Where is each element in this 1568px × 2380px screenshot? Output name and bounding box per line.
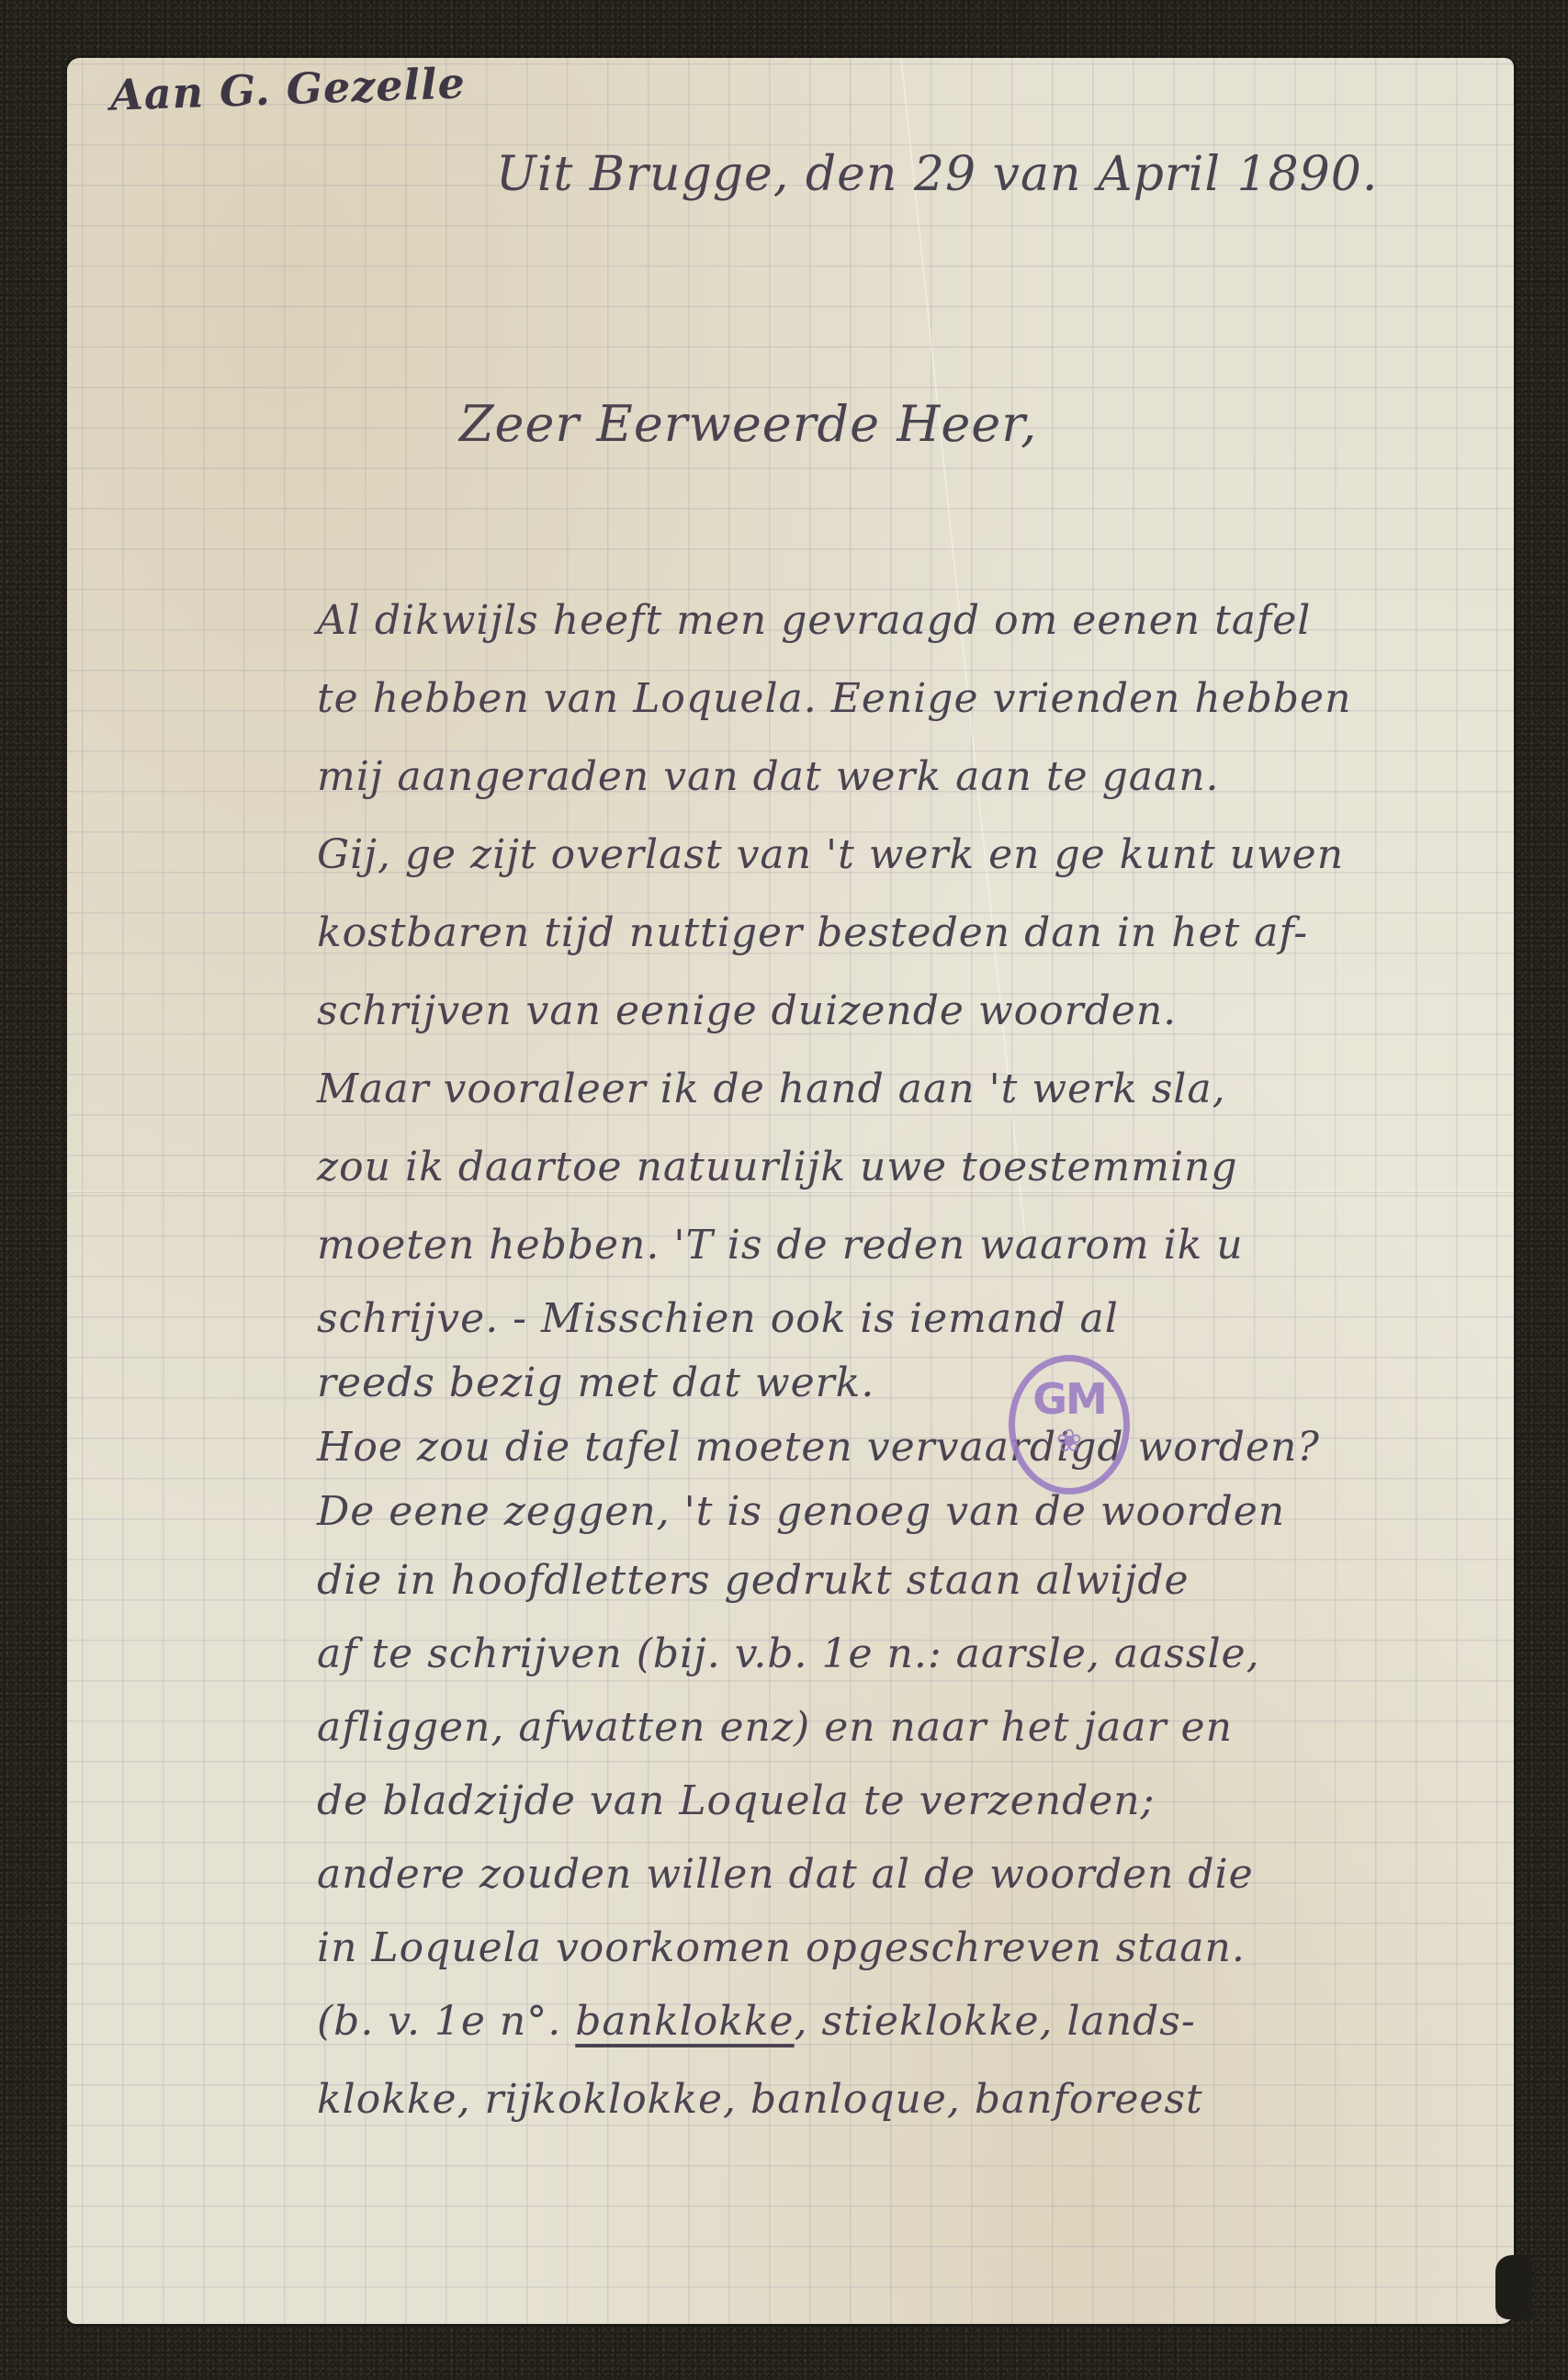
body-line: (b. v. 1e n°. banklokke, stieklokke, lan…: [317, 1998, 1196, 2045]
body-line: klokke, rijkoklokke, banloque, banforees…: [317, 2076, 1203, 2123]
body-line: Gij, ge zijt overlast van 't werk en ge …: [317, 831, 1344, 878]
underlined-word: banklokke: [575, 1998, 794, 2045]
body-line: Al dikwijls heeft men gevraagd om eenen …: [317, 597, 1311, 644]
body-line: kostbaren tijd nuttiger besteden dan in …: [317, 909, 1308, 956]
body-line: af te schrijven (bij. v.b. 1e n.: aarsle…: [317, 1630, 1260, 1677]
body-line: te hebben van Loquela. Eenige vrienden h…: [317, 675, 1351, 722]
body-line: De eene zeggen, 't is genoeg van de woor…: [317, 1488, 1285, 1535]
body-line: Maar vooraleer ik de hand aan 't werk sl…: [317, 1066, 1226, 1112]
body-line: andere zouden willen dat al de woorden d…: [317, 1851, 1254, 1898]
body-line: die in hoofdletters gedrukt staan alwijd…: [317, 1557, 1190, 1604]
body-line: schrijve. - Misschien ook is iemand al: [317, 1295, 1119, 1342]
bee-icon: ❀: [1015, 1427, 1123, 1455]
body-line: reeds bezig met dat werk.: [317, 1359, 874, 1406]
gm-stamp: GM ❀: [1009, 1355, 1130, 1495]
paper-tear: [1495, 2255, 1532, 2319]
body-line: moeten hebben. 'T is de reden waarom ik …: [317, 1222, 1244, 1269]
body-line: de bladzijde van Loquela te verzenden;: [317, 1777, 1155, 1824]
body-line: mij aangeraden van dat werk aan te gaan.: [317, 753, 1220, 800]
body-line: Hoe zou die tafel moeten vervaardigd wor…: [317, 1424, 1320, 1471]
salutation: Zeer Eerweerde Heer,: [459, 395, 1037, 453]
body-line: afliggen, afwatten enz) en naar het jaar…: [317, 1704, 1233, 1751]
body-line: zou ik daartoe natuurlijk uwe toestemmin…: [317, 1144, 1238, 1190]
body-line: in Loquela voorkomen opgeschreven staan.: [317, 1924, 1246, 1971]
stamp-text: GM: [1015, 1374, 1123, 1424]
body-line: schrijven van eenige duizende woorden.: [317, 987, 1177, 1034]
dateline: Uit Brugge, den 29 van April 1890.: [496, 147, 1378, 202]
fold-crease-horizontal: [67, 1190, 1514, 1193]
